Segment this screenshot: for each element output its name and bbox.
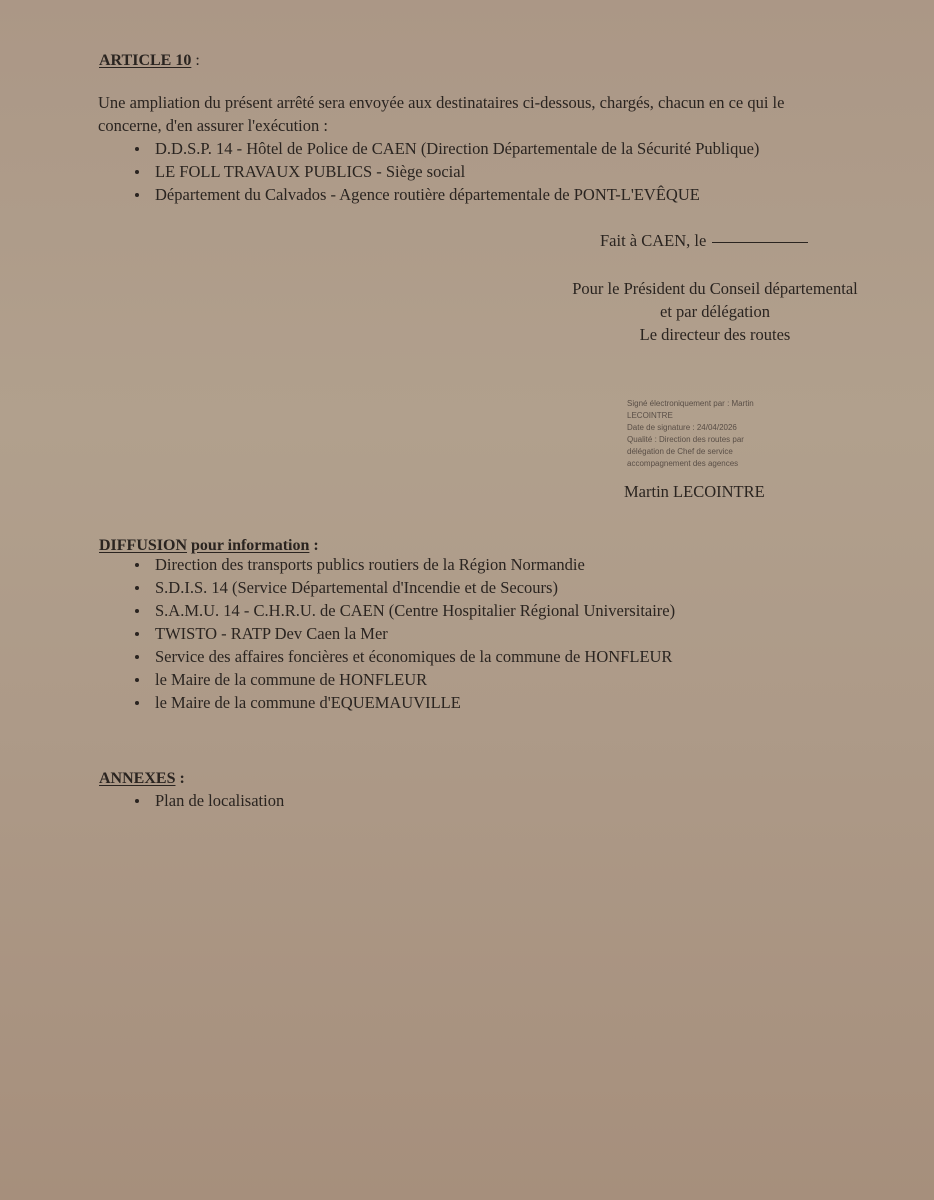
article-colon: : <box>191 52 199 69</box>
document-page: ARTICLE 10 : Une ampliation du présent a… <box>0 0 934 1200</box>
signer-name: Martin LECOINTRE <box>624 482 765 502</box>
list-item: le Maire de la commune d'EQUEMAUVILLE <box>155 691 675 714</box>
place-date-label: Fait à CAEN, le <box>600 231 706 250</box>
electronic-signature-stamp: Signé électroniquement par : Martin LECO… <box>627 398 817 470</box>
article-heading: ARTICLE 10 : <box>99 52 200 70</box>
article-title: ARTICLE 10 <box>99 52 191 69</box>
place-date-line: Fait à CAEN, le <box>600 231 808 251</box>
diffusion-title: DIFFUSION <box>99 537 187 554</box>
signatory-role-line-3: Le directeur des routes <box>540 323 890 346</box>
diffusion-subtitle: pour information <box>191 537 309 554</box>
list-item: Département du Calvados - Agence routièr… <box>155 183 759 206</box>
article-paragraph: Une ampliation du présent arrêté sera en… <box>98 91 934 137</box>
list-item: Service des affaires foncières et économ… <box>155 645 675 668</box>
list-item: D.D.S.P. 14 - Hôtel de Police de CAEN (D… <box>155 137 759 160</box>
list-item: LE FOLL TRAVAUX PUBLICS - Siège social <box>155 160 759 183</box>
esign-line: Signé électroniquement par : Martin <box>627 398 817 410</box>
annexes-list: Plan de localisation <box>98 789 284 812</box>
recipient-list: D.D.S.P. 14 - Hôtel de Police de CAEN (D… <box>98 137 759 206</box>
signatory-role-line-2: et par délégation <box>540 300 890 323</box>
esign-line: Qualité : Direction des routes par <box>627 434 817 446</box>
esign-line: LECOINTRE <box>627 410 817 422</box>
article-paragraph-line-1: Une ampliation du présent arrêté sera en… <box>98 91 934 114</box>
esign-line: accompagnement des agences <box>627 458 817 470</box>
diffusion-colon: : <box>309 537 318 554</box>
signatory-role-line-1: Pour le Président du Conseil département… <box>540 277 890 300</box>
list-item: S.A.M.U. 14 - C.H.R.U. de CAEN (Centre H… <box>155 599 675 622</box>
list-item: TWISTO - RATP Dev Caen la Mer <box>155 622 675 645</box>
annexes-colon: : <box>175 770 184 787</box>
diffusion-list: Direction des transports publics routier… <box>98 553 675 714</box>
list-item: Plan de localisation <box>155 789 284 812</box>
list-item: S.D.I.S. 14 (Service Départemental d'Inc… <box>155 576 675 599</box>
annexes-title: ANNEXES <box>99 770 175 787</box>
list-item: le Maire de la commune de HONFLEUR <box>155 668 675 691</box>
article-paragraph-line-2: concerne, d'en assurer l'exécution : <box>98 114 934 137</box>
date-blank-line <box>712 242 808 243</box>
esign-date: Date de signature : 24/04/2026 <box>627 422 817 434</box>
list-item: Direction des transports publics routier… <box>155 553 675 576</box>
annexes-heading: ANNEXES : <box>99 770 185 788</box>
signatory-role: Pour le Président du Conseil département… <box>540 277 890 346</box>
esign-line: délégation de Chef de service <box>627 446 817 458</box>
